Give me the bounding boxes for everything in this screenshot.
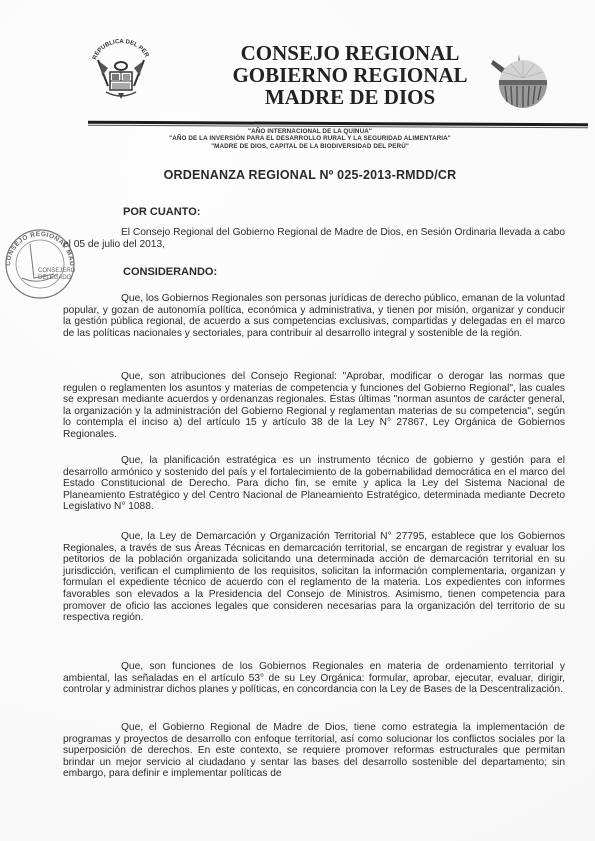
paragraph-considerando-3: Que, la planificación estratégica es un … (63, 455, 565, 513)
svg-text:DELEGADO: DELEGADO (38, 275, 72, 281)
section-heading-por-cuanto: POR CUANTO: (123, 206, 200, 218)
header-title: CONSEJO REGIONAL GOBIERNO REGIONAL MADRE… (200, 42, 500, 108)
paragraph-considerando-1: Que, los Gobiernos Regionales son person… (63, 293, 565, 339)
paragraph-considerando-4: Que, la Ley de Demarcación y Organizació… (63, 531, 565, 624)
header-title-line-1: CONSEJO REGIONAL (200, 42, 500, 64)
ordinance-title: ORDENANZA REGIONAL Nº 025-2013-RMDD/CR (100, 168, 520, 182)
header-title-line-3: MADRE DE DIOS (200, 86, 500, 108)
paragraph-considerando-5: Que, son funciones de los Gobiernos Regi… (63, 661, 565, 696)
header-title-line-2: GOBIERNO REGIONAL (200, 64, 500, 86)
svg-text:REPUBLICA DEL PERU: REPUBLICA DEL PERU (88, 36, 150, 61)
motto-line-3: "MADRE DE DIOS, CAPITAL DE LA BIODIVERSI… (100, 143, 520, 150)
section-heading-considerando: CONSIDERANDO: (123, 266, 217, 278)
paragraph-intro: El Consejo Regional del Gobierno Regiona… (63, 227, 565, 250)
paragraph-considerando-2: Que, son atribuciones del Consejo Region… (63, 371, 565, 441)
year-mottos: "AÑO INTERNACIONAL DE LA QUINUA" "AÑO DE… (100, 128, 520, 150)
motto-line-2: "AÑO DE LA INVERSIÓN PARA EL DESARROLLO … (100, 135, 520, 142)
svg-text:CONSEJERO: CONSEJERO (38, 268, 76, 274)
paragraph-considerando-6: Que, el Gobierno Regional de Madre de Di… (63, 722, 565, 780)
document-page: REPUBLICA DEL PERU CONSEJO REGIONAL GOBI… (0, 0, 595, 841)
peru-coat-of-arms-icon: REPUBLICA DEL PERU (88, 36, 154, 100)
madre-de-dios-regional-emblem-icon (485, 50, 555, 110)
